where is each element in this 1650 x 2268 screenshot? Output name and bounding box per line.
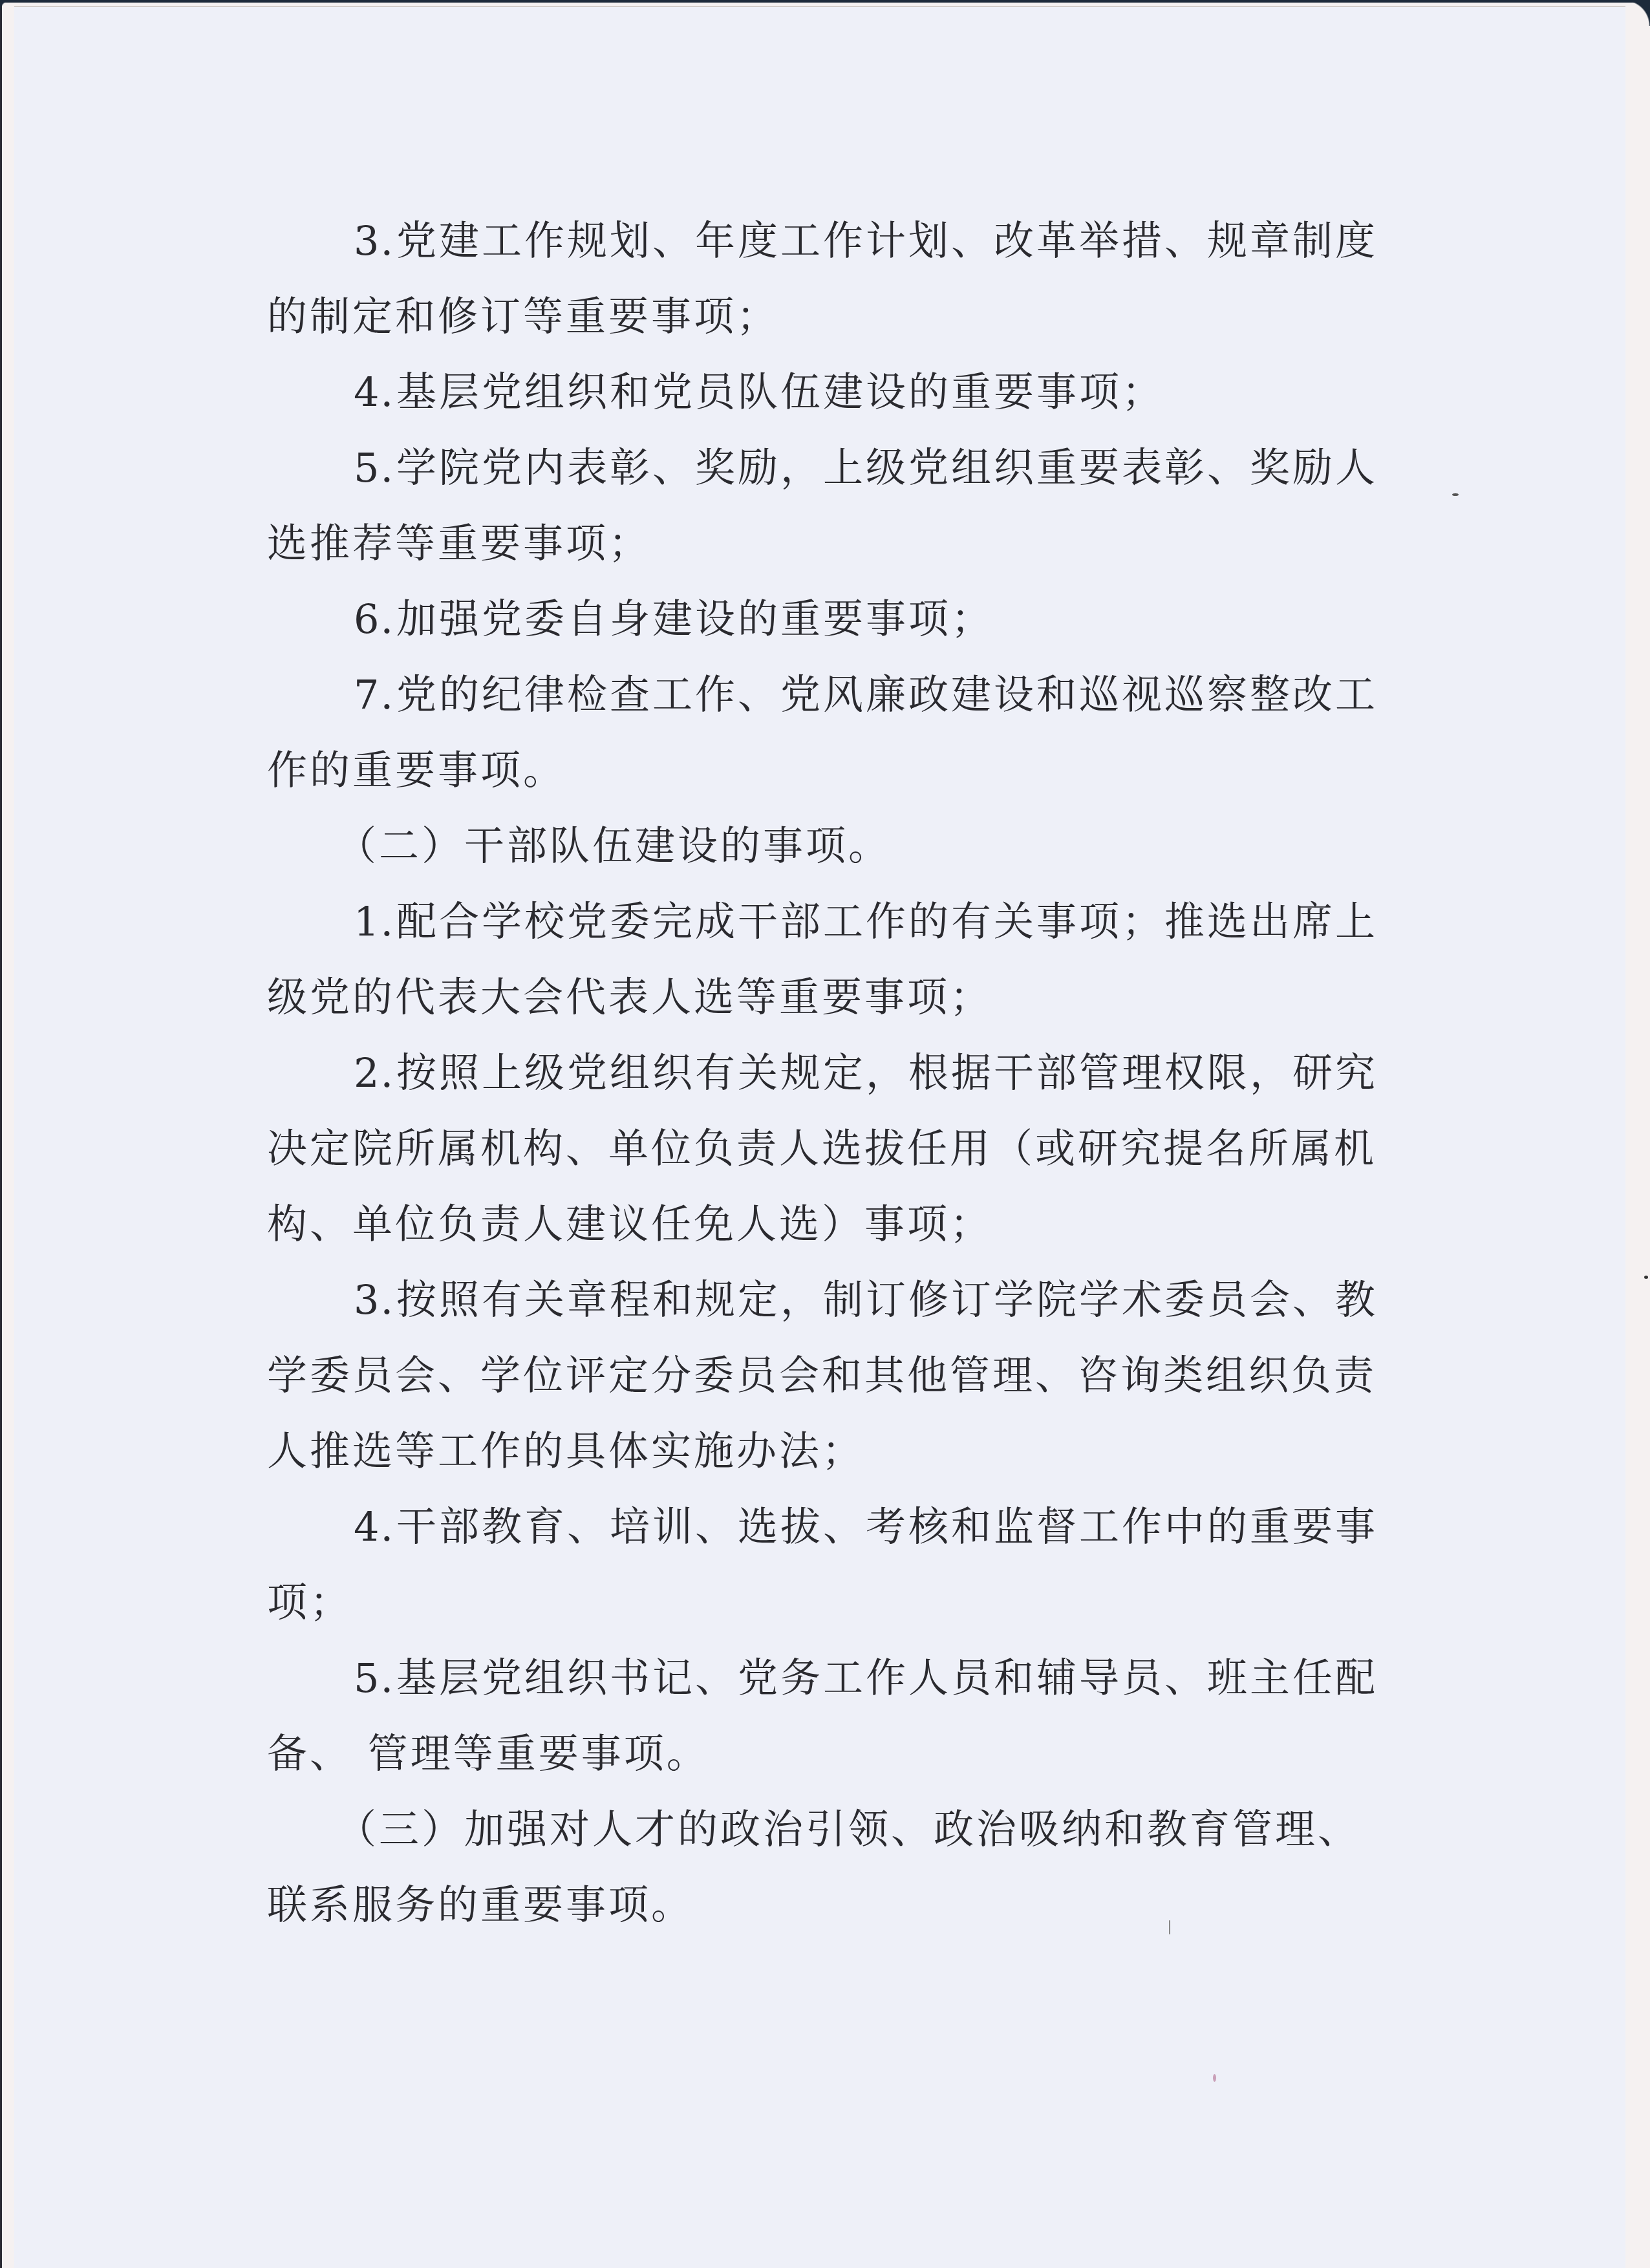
line-text: 的制定和修订等重要事项；: [267, 293, 779, 340]
cadre-item-1-line-1: 1.配合学校党委完成干部工作的有关事项；推选出席上: [354, 896, 1378, 948]
cadre-item-5-line-2: 备、 管理等重要事项。: [267, 1728, 709, 1780]
section-heading-3-line-1: （三）加强对人才的政治引领、政治吸纳和教育管理、: [336, 1804, 1360, 1856]
line-text: 加强党委自身建设的重要事项；: [396, 595, 994, 643]
line-text: 基层党组织和党员队伍建设的重要事项；: [396, 369, 1164, 416]
line-text: （三）加强对人才的政治引领、政治吸纳和教育管理、: [336, 1806, 1360, 1853]
cadre-item-2-line-2: 决定院所属机构、单位负责人选拔任用（或研究提名所属机: [267, 1123, 1377, 1175]
cadre-item-2-line-1: 2.按照上级党组织有关规定，根据干部管理权限，研究: [354, 1047, 1378, 1099]
line-text: 决定院所属机构、单位负责人选拔任用（或研究提名所属机: [267, 1125, 1377, 1172]
item-number: 2.: [354, 1047, 396, 1099]
line-text: 项；: [267, 1579, 352, 1626]
item-number: 4.: [354, 367, 396, 418]
cadre-item-4-line-1: 4.干部教育、培训、选拔、考核和监督工作中的重要事: [354, 1501, 1378, 1553]
scan-speck: [1169, 1920, 1170, 1934]
item-number: 6.: [354, 594, 396, 645]
list-item-6: 6.加强党委自身建设的重要事项；: [354, 594, 994, 645]
list-item-7-line-1: 7.党的纪律检查工作、党风廉政建设和巡视巡察整改工: [354, 669, 1378, 721]
scan-corner-top-left: [0, 0, 10, 10]
line-text: 按照有关章程和规定，制订修订学院学术委员会、教: [396, 1276, 1378, 1323]
cadre-item-1-line-2: 级党的代表大会代表人选等重要事项；: [267, 972, 992, 1023]
line-text: 党的纪律检查工作、党风廉政建设和巡视巡察整改工: [396, 671, 1378, 718]
item-number: 7.: [354, 669, 396, 721]
line-text: 按照上级党组织有关规定，根据干部管理权限，研究: [396, 1049, 1378, 1097]
list-item-7-line-2: 作的重要事项。: [267, 745, 566, 797]
cadre-item-3-line-1: 3.按照有关章程和规定，制订修订学院学术委员会、教: [354, 1274, 1378, 1326]
line-text: 构、单位负责人建议任免人选）事项；: [267, 1201, 992, 1248]
line-text: 人推选等工作的具体实施办法；: [267, 1428, 864, 1475]
scan-left-border: [0, 0, 2, 2268]
line-text: 学委员会、学位评定分委员会和其他管理、咨询类组织负责: [267, 1352, 1377, 1399]
scan-corner-top-right: [1624, 0, 1650, 26]
item-number: 3.: [354, 1274, 396, 1326]
list-item-4: 4.基层党组织和党员队伍建设的重要事项；: [354, 367, 1164, 418]
line-text: 作的重要事项。: [267, 747, 566, 794]
line-text: 学院党内表彰、奖励，上级党组织重要表彰、奖励人: [396, 444, 1378, 491]
section-heading-2: （二）干部队伍建设的事项。: [336, 820, 891, 872]
line-text: 干部教育、培训、选拔、考核和监督工作中的重要事: [396, 1503, 1378, 1550]
line-text: 选推荐等重要事项；: [267, 520, 651, 567]
line-text: 基层党组织书记、党务工作人员和辅导员、班主任配: [396, 1654, 1378, 1702]
scan-speck: [1644, 1276, 1648, 1279]
list-item-5-line-1: 5.学院党内表彰、奖励，上级党组织重要表彰、奖励人: [354, 442, 1378, 494]
section-heading-3-line-2: 联系服务的重要事项。: [267, 1879, 694, 1931]
cadre-item-5-line-1: 5.基层党组织书记、党务工作人员和辅导员、班主任配: [354, 1653, 1378, 1704]
cadre-item-2-line-3: 构、单位负责人建议任免人选）事项；: [267, 1199, 992, 1250]
item-number: 4.: [354, 1501, 396, 1553]
cadre-item-3-line-3: 人推选等工作的具体实施办法；: [267, 1426, 864, 1477]
line-text: 配合学校党委完成干部工作的有关事项；推选出席上: [396, 898, 1378, 945]
cadre-item-4-line-2: 项；: [267, 1577, 352, 1629]
line-text: 备、 管理等重要事项。: [267, 1730, 709, 1777]
line-text: 级党的代表大会代表人选等重要事项；: [267, 974, 992, 1021]
scan-speck: [1452, 493, 1459, 496]
line-text: 联系服务的重要事项。: [267, 1881, 694, 1929]
line-text: （二）干部队伍建设的事项。: [336, 822, 891, 870]
list-item-3-line-1: 3.党建工作规划、年度工作计划、改革举措、规章制度: [354, 215, 1378, 267]
item-number: 3.: [354, 215, 396, 267]
list-item-3-line-2: 的制定和修订等重要事项；: [267, 291, 779, 343]
item-number: 5.: [354, 442, 396, 494]
list-item-5-line-2: 选推荐等重要事项；: [267, 518, 651, 570]
item-number: 5.: [354, 1653, 396, 1704]
line-text: 党建工作规划、年度工作计划、改革举措、规章制度: [396, 217, 1378, 264]
scan-top-border: [0, 0, 1650, 3]
scan-speck: [1213, 2074, 1216, 2082]
cadre-item-3-line-2: 学委员会、学位评定分委员会和其他管理、咨询类组织负责: [267, 1350, 1377, 1402]
item-number: 1.: [354, 896, 396, 948]
